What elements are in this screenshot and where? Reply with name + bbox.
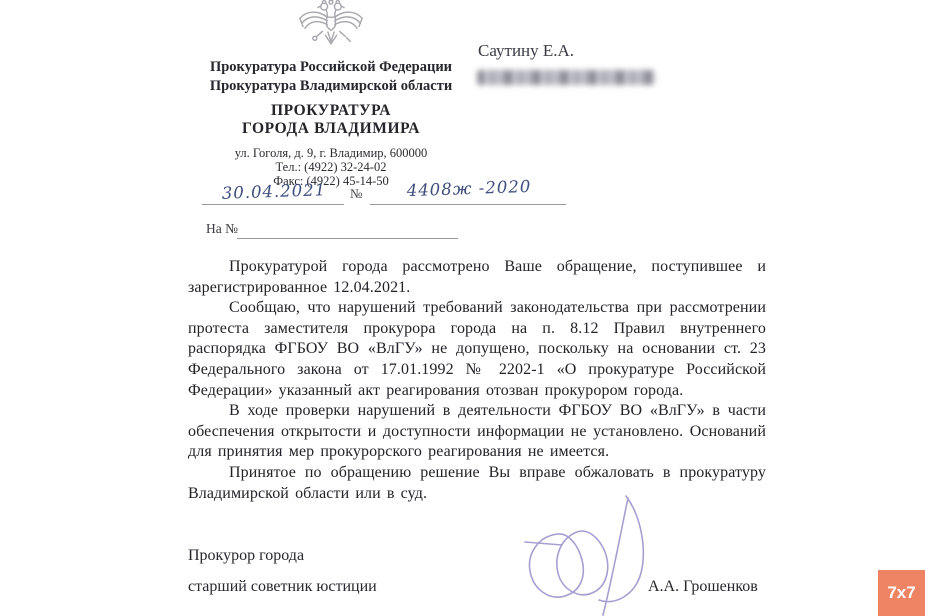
recipient-email-redacted — [477, 70, 655, 85]
recipient-name: Саутину Е.А. — [478, 41, 574, 61]
letterhead-regional-org: Прокуратура Владимирской области — [171, 77, 491, 96]
letterhead-parent-org: Прокуратура Российской Федерации — [171, 58, 491, 77]
letterhead-org-title-line1: ПРОКУРАТУРА — [171, 102, 491, 120]
body-paragraph: Принятое по обращению решение Вы вправе … — [188, 463, 766, 504]
date-underline — [202, 204, 344, 205]
watermark-7x7-badge: 7x7 — [878, 570, 925, 616]
reply-to-underline — [237, 238, 458, 239]
letter-body: Прокуратурой города рассмотрено Ваше обр… — [188, 257, 766, 504]
letterhead-phone: Тел.: (4922) 32-24-02 — [171, 160, 491, 174]
outgoing-date-handwritten: 30.04.2021 — [206, 180, 343, 204]
body-paragraph: Прокуратурой города рассмотрено Ваше обр… — [188, 257, 766, 298]
number-sign-label: № — [350, 186, 362, 202]
handwritten-signature — [514, 492, 654, 616]
scanned-letter-page: Прокуратура Российской Федерации Прокура… — [0, 0, 925, 616]
signer-name: А.А. Грошенков — [648, 578, 758, 596]
letterhead-org-title-line2: ГОРОДА ВЛАДИМИРА — [171, 120, 491, 138]
signer-position-line2: старший советник юстиции — [188, 578, 377, 596]
letterhead-address: ул. Гоголя, д. 9, г. Владимир, 600000 — [171, 146, 491, 160]
signer-position-line1: Прокурор города — [188, 547, 304, 565]
reply-to-label: На № — [206, 221, 238, 237]
body-paragraph: В ходе проверки нарушений в деятельности… — [188, 401, 766, 463]
number-underline — [370, 204, 566, 205]
russia-coat-of-arms-icon — [292, 0, 370, 52]
watermark-label: 7x7 — [887, 583, 915, 603]
letterhead: Прокуратура Российской Федерации Прокура… — [171, 0, 491, 188]
body-paragraph: Сообщаю, что нарушений требований законо… — [188, 298, 766, 401]
